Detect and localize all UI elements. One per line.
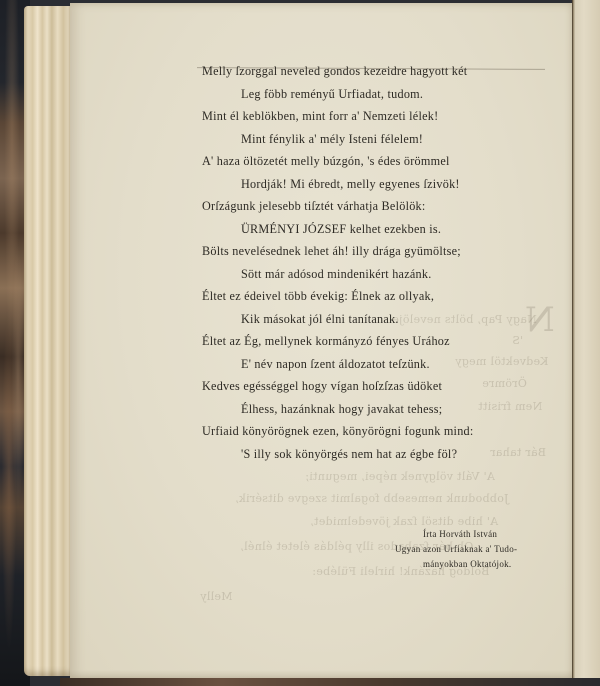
poem-line: Melly ſzorggal neveled gondos kezeidre h… <box>202 60 542 83</box>
poem-line: Sött már adósod mindenikért hazánk. <box>202 263 542 286</box>
signature-line: Ugyan azon Urfiaknak a' Tudo- <box>395 542 517 557</box>
signature-line: Írta Horváth István <box>395 527 517 542</box>
poem-line: A' haza öltözetét melly búzgón, 's édes … <box>202 150 542 173</box>
poem-line: Hordják! Mi ébredt, melly egyenes ſzivök… <box>202 173 542 196</box>
poem-line: E' név napon ſzent áldozatot teſzünk. <box>202 353 542 376</box>
signature-line: mányokban Oktatójok. <box>395 557 517 572</box>
bleed-line: Melly <box>200 590 233 603</box>
poem-line: Élhess, hazánknak hogy javakat tehess; <box>202 398 542 421</box>
book-scan: N Nagy Pap, bölts nevelöje 'S Kedvektöl … <box>0 0 600 686</box>
poem-line: Mint él keblökben, mint forr a' Nemzeti … <box>202 105 542 128</box>
poem-body: Melly ſzorggal neveled gondos kezeidre h… <box>202 60 542 465</box>
facing-page-edge <box>573 0 600 686</box>
bleed-line: A' Vált völgynek népei, megunti; <box>305 470 495 483</box>
poem-line: Éltet az Ég, mellynek kormányzó fényes U… <box>202 330 542 353</box>
poem-line: ÜRMÉNYI JÓZSEF kelhet ezekben is. <box>202 218 542 241</box>
bleed-line: Jobbodunk nemesebb fogalmit szegve ditsé… <box>235 492 509 505</box>
poem-line: Leg föbb reményű Urfiadat, tudom. <box>202 83 542 106</box>
poem-line: Orſzágunk jelesebb tiſztét várhatja Belö… <box>202 195 542 218</box>
author-signature: Írta Horváth István Ugyan azon Urfiaknak… <box>395 527 517 572</box>
poem-line: Mint fénylik a' mély Isteni félelem! <box>202 128 542 151</box>
poem-line: Kedves egésséggel hogy vígan hoſzſzas üd… <box>202 375 542 398</box>
poem-line: Éltet ez édeivel több évekig: Élnek az o… <box>202 285 542 308</box>
page-edges-stack <box>24 6 72 676</box>
cover-bottom-edge <box>60 678 600 686</box>
poem-line: 'S illy sok könyörgés nem hat az égbe fö… <box>202 443 542 466</box>
poem-line: Urfiaid könyörögnek ezen, könyörögni fog… <box>202 420 542 443</box>
poem-line: Bölts nevelésednek lehet áh! illy drága … <box>202 240 542 263</box>
poem-line: Kik másokat jól élni tanítanak. <box>202 308 542 331</box>
